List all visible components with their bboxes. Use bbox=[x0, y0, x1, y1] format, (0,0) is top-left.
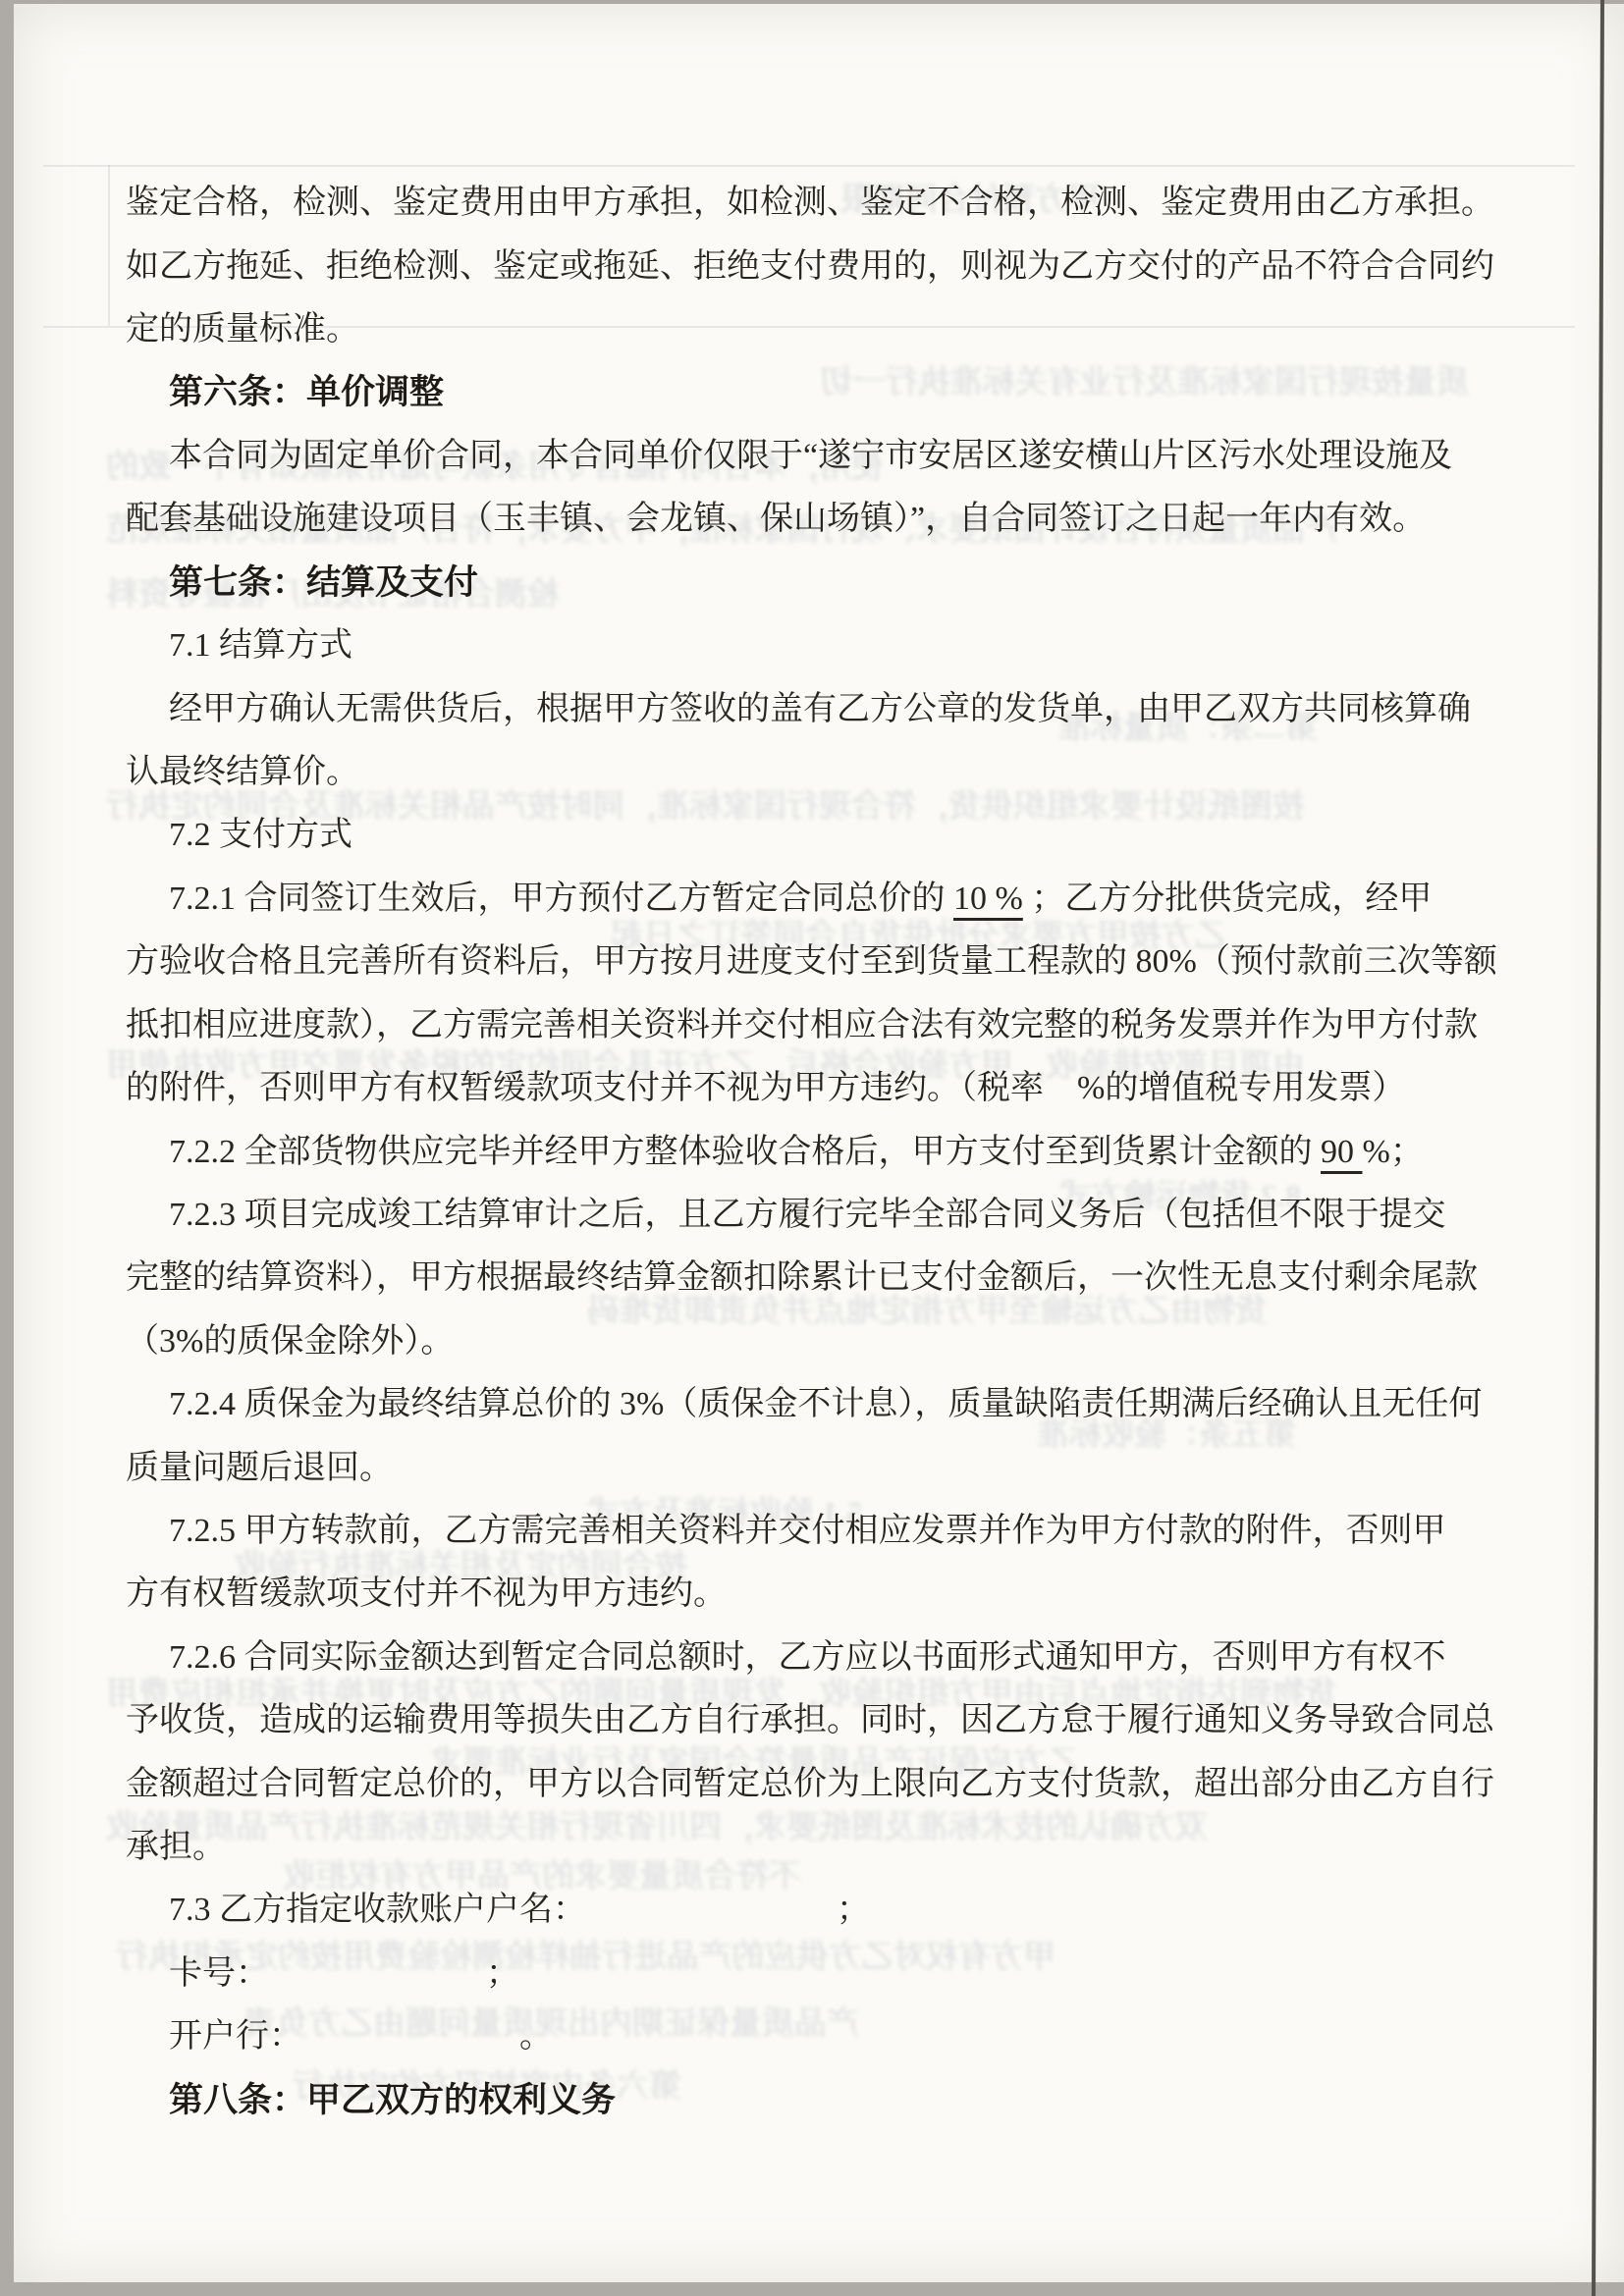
text-segment: 7.2.5 甲方转款前，乙方需完善相关资料并交付相应发票并作为甲方付款的附件，否… bbox=[169, 1513, 1446, 1549]
text-segment: 抵扣相应进度款），乙方需完善相关资料并交付相应合法有效完整的税务发票并作为甲方付… bbox=[126, 1007, 1478, 1043]
text-segment: 方验收合格且完善所有资料后，甲方按月进度支付至到货量工程款的 80%（预付款前三… bbox=[126, 943, 1497, 980]
text-line: 配套基础设施建设项目（玉丰镇、会龙镇、保山场镇）”，自合同签订之日起一年内有效。 bbox=[126, 487, 1426, 552]
text-segment: 方有权暂缓款项支付并不视为甲方违约。 bbox=[126, 1575, 727, 1612]
text-segment: 定的质量标准。 bbox=[126, 311, 359, 347]
text-segment: 金额超过合同暂定总价的，甲方以合同暂定总价为上限向乙方支付货款，超出部分由乙方自… bbox=[126, 1766, 1494, 1802]
text-segment: 予收货，造成的运输费用等损失由乙方自行承担。同时，因乙方怠于履行通知义务导致合同… bbox=[126, 1702, 1494, 1738]
text-line: （3%的质保金除外）。 bbox=[126, 1309, 454, 1374]
text-segment: 第八条：甲乙双方的权利义务 bbox=[169, 2081, 616, 2119]
text-segment: 配套基础设施建设项目（玉丰镇、会龙镇、保山场镇）”，自合同签订之日起一年内有效。 bbox=[126, 501, 1426, 537]
text-line: 质量问题后退回。 bbox=[126, 1436, 393, 1501]
text-segment: 第七条：结算及支付 bbox=[169, 563, 478, 602]
underlined-fill-in-value: 10 % bbox=[953, 881, 1023, 917]
text-segment: 7.2.3 项目完成竣工结算审计之后，且乙方履行完毕全部合同义务后（包括但不限于… bbox=[169, 1197, 1446, 1233]
text-segment: （3%的质保金除外）。 bbox=[126, 1323, 454, 1360]
text-segment: 卡号： ； bbox=[169, 1955, 519, 1992]
text-line: 承担。 bbox=[126, 1815, 226, 1880]
text-segment: 7.2.2 全部货物供应完毕并经甲方整体验收合格后，甲方支付至到货累计金额的 bbox=[169, 1134, 1321, 1170]
text-segment: 如乙方拖延、拒绝检测、鉴定或拖延、拒绝支付费用的，则视为乙方交付的产品不符合合同… bbox=[126, 248, 1494, 285]
text-segment: 鉴定合格，检测、鉴定费用由甲方承担，如检测、鉴定不合格，检测、鉴定费用由乙方承担… bbox=[126, 185, 1494, 221]
text-line: 认最终结算价。 bbox=[126, 740, 359, 805]
text-line: 开户行： 。 bbox=[169, 2004, 553, 2069]
underlined-fill-in-value: 90 bbox=[1321, 1134, 1363, 1170]
text-segment: 开户行： 。 bbox=[169, 2018, 553, 2055]
text-line: 方有权暂缓款项支付并不视为甲方违约。 bbox=[126, 1562, 727, 1627]
text-line: 方验收合格且完善所有资料后，甲方按月进度支付至到货量工程款的 80%（预付款前三… bbox=[126, 930, 1497, 994]
text-line: 予收货，造成的运输费用等损失由乙方自行承担。同时，因乙方怠于履行通知义务导致合同… bbox=[126, 1688, 1494, 1753]
text-segment: 7.2.4 质保金为最终结算总价的 3%（质保金不计息），质量缺陷责任期满后经确… bbox=[169, 1386, 1482, 1422]
text-line: 7.2.5 甲方转款前，乙方需完善相关资料并交付相应发票并作为甲方付款的附件，否… bbox=[169, 1499, 1446, 1564]
text-segment: 7.2 支付方式 bbox=[169, 817, 352, 853]
text-line: 如乙方拖延、拒绝检测、鉴定或拖延、拒绝支付费用的，则视为乙方交付的产品不符合合同… bbox=[126, 235, 1494, 299]
text-segment: 质量问题后退回。 bbox=[126, 1450, 393, 1486]
text-segment: ；乙方分批供货完成，经甲 bbox=[1023, 881, 1433, 917]
heading-line: 第六条：单价调整 bbox=[169, 360, 444, 425]
text-line: 7.2.4 质保金为最终结算总价的 3%（质保金不计息），质量缺陷责任期满后经确… bbox=[169, 1372, 1482, 1437]
text-segment: 7.2.1 合同签订生效后，甲方预付乙方暂定合同总价的 bbox=[169, 881, 953, 917]
text-segment: 7.3 乙方指定收款账户户名： ； bbox=[169, 1892, 870, 1928]
text-segment: 经甲方确认无需供货后，根据甲方签收的盖有乙方公章的发货单，由甲乙双方共同核算确 bbox=[169, 691, 1471, 727]
scanned-page: 甲方预付合同期限质量按现行国家标准及行业有关标准执行一切使用，本合同内隐含专用条… bbox=[0, 0, 1624, 2296]
text-line: 经甲方确认无需供货后，根据甲方签收的盖有乙方公章的发货单，由甲乙双方共同核算确 bbox=[169, 677, 1471, 742]
heading-line: 第八条：甲乙双方的权利义务 bbox=[169, 2068, 616, 2133]
text-line: 7.2.1 合同签订生效后，甲方预付乙方暂定合同总价的 10 % ；乙方分批供货… bbox=[169, 867, 1432, 932]
text-segment: %； bbox=[1363, 1134, 1424, 1170]
text-segment: 第六条：单价调整 bbox=[169, 373, 444, 411]
text-line: 鉴定合格，检测、鉴定费用由甲方承担，如检测、鉴定不合格，检测、鉴定费用由乙方承担… bbox=[126, 171, 1494, 236]
text-segment: 承担。 bbox=[126, 1829, 226, 1865]
text-line: 7.2.3 项目完成竣工结算审计之后，且乙方履行完毕全部合同义务后（包括但不限于… bbox=[169, 1183, 1446, 1248]
text-segment: 认最终结算价。 bbox=[126, 754, 359, 790]
text-segment: 完整的结算资料），甲方根据最终结算金额扣除累计已支付金额后，一次性无息支付剩余尾… bbox=[126, 1259, 1478, 1296]
text-line: 7.3 乙方指定收款账户户名： ； bbox=[169, 1878, 870, 1943]
text-segment: 的附件，否则甲方有权暂缓款项支付并不视为甲方违约。（税率 %的增值税专用发票） bbox=[126, 1070, 1405, 1106]
text-segment: 7.1 结算方式 bbox=[169, 627, 352, 664]
text-segment: 本合同为固定单价合同，本合同单价仅限于“遂宁市安居区遂安横山片区污水处理设施及 bbox=[169, 438, 1452, 474]
text-line: 的附件，否则甲方有权暂缓款项支付并不视为甲方违约。（税率 %的增值税专用发票） bbox=[126, 1056, 1405, 1121]
text-line: 卡号： ； bbox=[169, 1942, 519, 2006]
text-line: 完整的结算资料），甲方根据最终结算金额扣除累计已支付金额后，一次性无息支付剩余尾… bbox=[126, 1246, 1478, 1310]
text-line: 金额超过合同暂定总价的，甲方以合同暂定总价为上限向乙方支付货款，超出部分由乙方自… bbox=[126, 1752, 1494, 1817]
heading-line: 第七条：结算及支付 bbox=[169, 551, 478, 615]
text-line: 抵扣相应进度款），乙方需完善相关资料并交付相应合法有效完整的税务发票并作为甲方付… bbox=[126, 993, 1478, 1058]
text-segment: 7.2.6 合同实际金额达到暂定合同总额时，乙方应以书面形式通知甲方，否则甲方有… bbox=[169, 1639, 1446, 1676]
text-line: 7.2.6 合同实际金额达到暂定合同总额时，乙方应以书面形式通知甲方，否则甲方有… bbox=[169, 1626, 1446, 1690]
text-line: 7.2.2 全部货物供应完毕并经甲方整体验收合格后，甲方支付至到货累计金额的 9… bbox=[169, 1120, 1424, 1185]
text-line: 定的质量标准。 bbox=[126, 297, 359, 362]
text-line: 7.1 结算方式 bbox=[169, 614, 352, 678]
text-line: 7.2 支付方式 bbox=[169, 803, 352, 868]
text-line: 本合同为固定单价合同，本合同单价仅限于“遂宁市安居区遂安横山片区污水处理设施及 bbox=[169, 424, 1452, 489]
